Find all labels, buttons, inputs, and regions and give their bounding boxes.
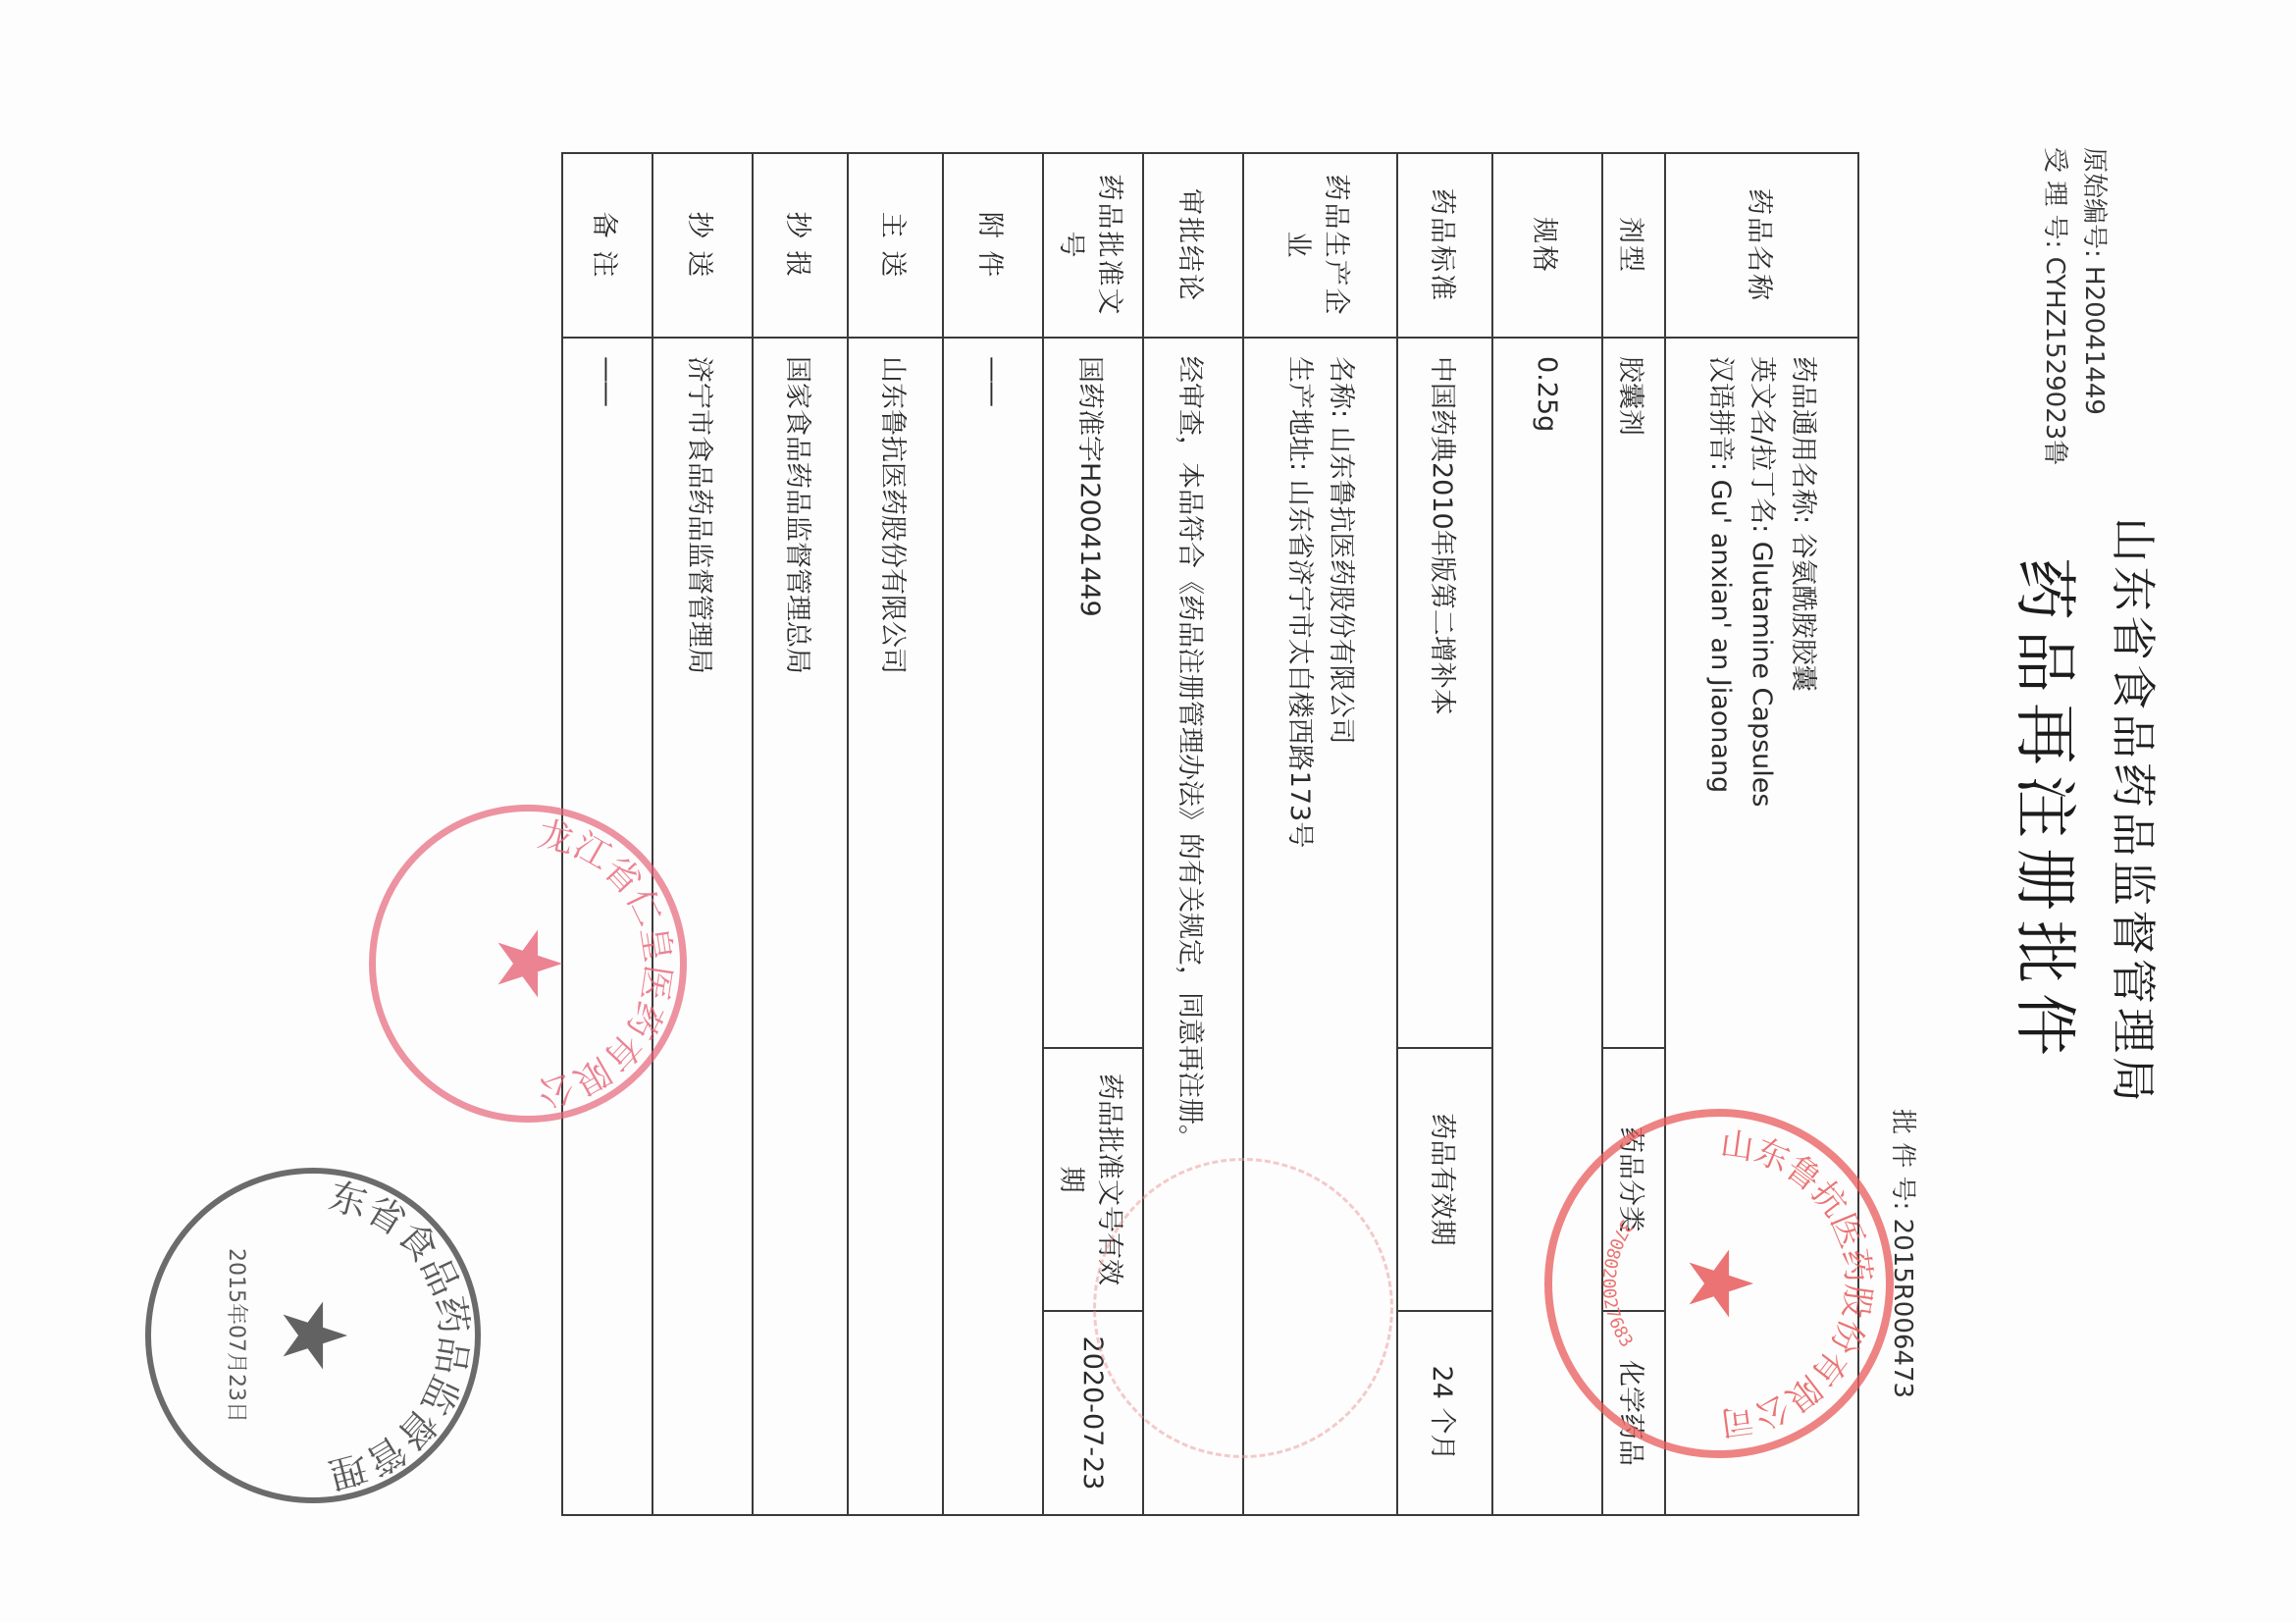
label-specification: 规格: [1492, 153, 1602, 338]
label-remarks: 备 注: [562, 153, 652, 338]
star-icon: ★: [1675, 1244, 1763, 1324]
original-number: 原始编号: H20041449: [2078, 147, 2114, 415]
acceptance-number-value: CYHZ1529023鲁: [2040, 257, 2069, 466]
value-approval-no: 国药准字H20041449: [1043, 338, 1143, 1048]
acceptance-number: 受 理 号: CYHZ1529023鲁: [2039, 147, 2075, 465]
original-number-value: H20041449: [2079, 266, 2109, 415]
faint-seal: [1093, 1158, 1393, 1458]
copy-seal: 黑龙江省仁皇医药有限公司 ★: [369, 805, 687, 1123]
label-report-to: 抄 报: [753, 153, 848, 338]
star-icon: ★: [484, 924, 572, 1004]
document-page: 山东省食品药品监督管理局 药品再注册批件 原始编号: H20041449 受 理…: [0, 0, 2296, 1623]
approval-number-value: 2015R006473: [1888, 1219, 1917, 1399]
label-attachment: 附 件: [943, 153, 1043, 338]
row-attachment: 附 件 ——: [943, 153, 1043, 1515]
label-conclusion: 审批结论: [1143, 153, 1243, 338]
label-copy-to: 抄 送: [652, 153, 753, 338]
svg-text:3708020027683: 3708020027683: [1598, 1216, 1637, 1351]
row-standard: 药品标准 中国药典2010年版第二增补本 药品有效期 24 个月: [1397, 153, 1492, 1515]
company-seal: 山东鲁抗医药股份有限公司 3708020027683 ★: [1544, 1109, 1894, 1458]
label-main-recipient: 主 送: [848, 153, 943, 338]
value-report-to: 国家食品药品监督管理总局: [753, 338, 848, 1515]
label-standard: 药品标准: [1397, 153, 1492, 338]
approval-number: 批 件 号: 2015R006473: [1887, 1109, 1923, 1398]
official-seal: 山东省食品药品监督管理局 2015年07月23日 ★: [145, 1168, 481, 1503]
value-attachment: ——: [943, 338, 1043, 1515]
row-report-to: 抄 报 国家食品药品监督管理总局: [753, 153, 848, 1515]
approval-number-label: 批 件 号:: [1888, 1109, 1917, 1210]
value-standard: 中国药典2010年版第二增补本: [1397, 338, 1492, 1048]
value-main-recipient: 山东鲁抗医药股份有限公司: [848, 338, 943, 1515]
label-validity: 药品有效期: [1397, 1048, 1492, 1311]
row-main-recipient: 主 送 山东鲁抗医药股份有限公司: [848, 153, 943, 1515]
star-icon: ★: [269, 1296, 357, 1376]
original-number-label: 原始编号:: [2079, 147, 2109, 258]
label-manufacturer: 药品生产企业: [1243, 153, 1397, 338]
acceptance-number-label: 受 理 号:: [2040, 147, 2069, 248]
value-dosage-form: 胶囊剂: [1602, 338, 1665, 1048]
svg-text:2015年07月23日: 2015年07月23日: [224, 1248, 248, 1423]
label-approval-no: 药品批准文号: [1043, 153, 1143, 338]
scanned-page: 山东省食品药品监督管理局 药品再注册批件 原始编号: H20041449 受 理…: [0, 0, 2296, 1623]
label-drug-name: 药品名称: [1665, 153, 1858, 338]
value-validity: 24 个月: [1397, 1311, 1492, 1515]
label-dosage-form: 剂型: [1602, 153, 1665, 338]
